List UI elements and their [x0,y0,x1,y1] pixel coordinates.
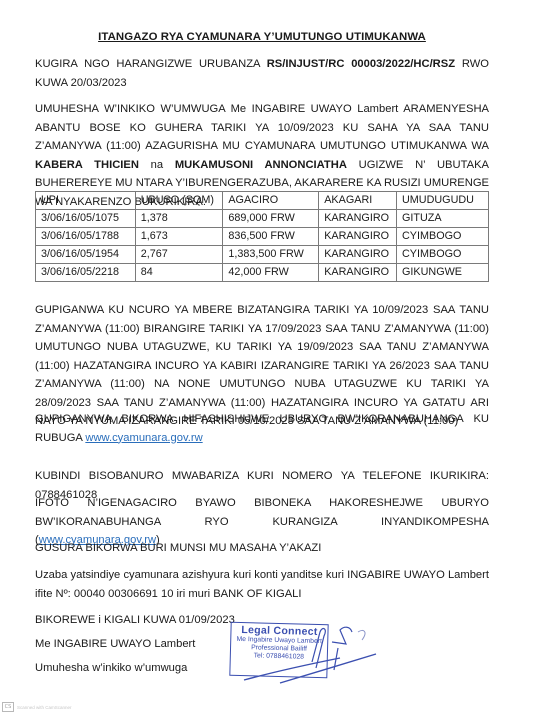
announcement-intro: UMUHESHA W’INKIKO W’UMWUGA Me INGABIRE U… [35,103,489,152]
table-cell: KARANGIRO [319,210,397,228]
table-cell: 2,767 [135,246,223,264]
case-number: RS/INJUST/RC 00003/2022/HC/RSZ [267,58,455,70]
table-cell: KARANGIRO [319,246,397,264]
table-cell: 42,000 FRW [223,264,319,282]
table-cell: 689,000 FRW [223,210,319,228]
table-cell: 3/06/16/05/1954 [36,246,136,264]
owner-conjunction: na [139,159,175,171]
table-row: 3/06/16/05/19542,7671,383,500 FRWKARANGI… [36,246,489,264]
table-cell: 3/06/16/05/1075 [36,210,136,228]
scanner-watermark: CS Scanned with CamScanner [2,702,72,712]
table-cell: KARANGIRO [319,228,397,246]
owner-name-1: KABERA THICIEN [35,159,139,171]
table-cell: 836,500 FRW [223,228,319,246]
table-cell: 3/06/16/05/2218 [36,264,136,282]
camscanner-logo-icon: CS [2,702,14,712]
table-cell: CYIMBOGO [397,246,489,264]
online-bidding-paragraph: GUPIGANYWA BIKORWA HIFASHISHIJWE UBURYO … [35,410,489,447]
payment-paragraph: Uzaba yatsindiye cyamunara azishyura kur… [35,566,489,603]
table-cell: AGACIRO [223,192,319,210]
table-cell: GITUZA [397,210,489,228]
table-cell: 84 [135,264,223,282]
handwritten-signature-icon [240,618,380,688]
scanner-text: Scanned with CamScanner [17,705,72,710]
table-cell: 3/06/16/05/1788 [36,228,136,246]
table-cell: 1,378 [135,210,223,228]
case-reference-paragraph: KUGIRA NGO HARANGIZWE URUBANZA RS/INJUST… [35,55,489,92]
case-intro-text: KUGIRA NGO HARANGIZWE URUBANZA [35,58,267,70]
table-cell: KARANGIRO [319,264,397,282]
cyamunara-link[interactable]: www.cyamunara.gov.rw [85,432,202,444]
table-cell: 1,383,500 FRW [223,246,319,264]
table-cell: GIKUNGWE [397,264,489,282]
table-cell: 1,673 [135,228,223,246]
property-table: UPIUBUSO (SQM)AGACIROAKAGARIUMUDUGUDU3/0… [35,191,489,282]
table-header-row: UPIUBUSO (SQM)AGACIROAKAGARIUMUDUGUDU [36,192,489,210]
table-row: 3/06/16/05/22188442,000 FRWKARANGIROGIKU… [36,264,489,282]
owner-name-2: MUKAMUSONI ANNONCIATHA [175,159,347,171]
table-cell: UBUSO (SQM) [135,192,223,210]
table-cell: CYIMBOGO [397,228,489,246]
table-cell: UPI [36,192,136,210]
document-title: ITANGAZO RYA CYAMUNARA Y’UMUTUNGO UTIMUK… [35,31,489,43]
table-cell: UMUDUGUDU [397,192,489,210]
table-row: 3/06/16/05/10751,378689,000 FRWKARANGIRO… [36,210,489,228]
table-cell: AKAGARI [319,192,397,210]
table-row: 3/06/16/05/17881,673836,500 FRWKARANGIRO… [36,228,489,246]
visiting-paragraph: GUSURA BIKORWA BURI MUNSI MU MASAHA Y’AK… [35,539,489,558]
